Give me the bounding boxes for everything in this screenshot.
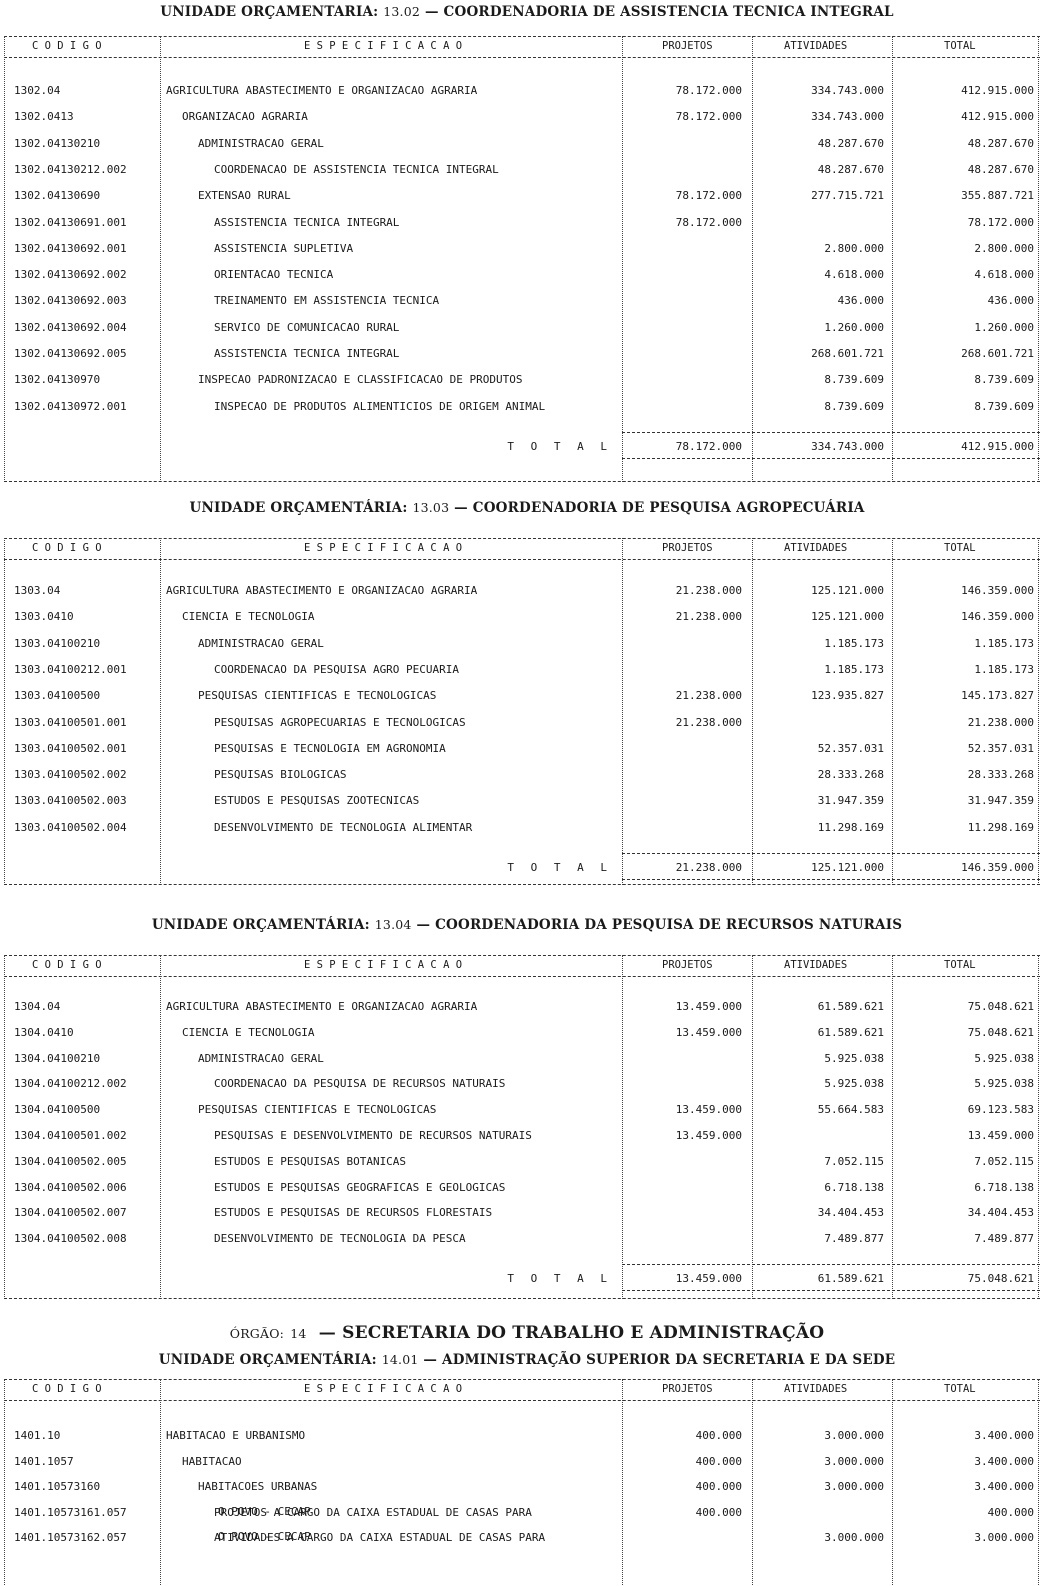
row-total: 52.357.031	[968, 742, 1034, 755]
table-row: 1302.04130692.005ASSISTENCIA TECNICA INT…	[4, 347, 1040, 361]
total-bottom-border	[622, 879, 1040, 880]
total-total: 146.359.000	[961, 861, 1034, 874]
column-divider	[622, 36, 623, 482]
unit-name: COORDENADORIA DE ASSISTENCIA TECNICA INT…	[444, 4, 894, 20]
unit-code: 13.02	[383, 4, 420, 19]
row-atividades: 268.601.721	[811, 347, 884, 360]
orgao-title: ÓRGÃO: 14 — SECRETARIA DO TRABALHO E ADM…	[0, 1323, 1054, 1343]
row-code: 1401.10573160	[14, 1480, 100, 1493]
header-codigo: C O D I G O	[32, 542, 102, 554]
row-total: 412.915.000	[961, 110, 1034, 123]
table-row: 1401.10573162.057ATIVIDADES A CARGO DA C…	[4, 1531, 1040, 1545]
budget-table-14-01: C O D I G OE S P E C I F I C A C A OPROJ…	[4, 1379, 1040, 1586]
table-row: 1303.04AGRICULTURA ABASTECIMENTO E ORGAN…	[4, 584, 1040, 598]
row-code: 1304.04100502.006	[14, 1181, 127, 1194]
row-total: 268.601.721	[961, 347, 1034, 360]
column-divider	[4, 36, 5, 482]
row-atividades: 3.000.000	[824, 1480, 884, 1493]
row-total: 5.925.038	[974, 1077, 1034, 1090]
row-total: 75.048.621	[968, 1026, 1034, 1039]
table-row: 1401.1057HABITACAO400.0003.000.0003.400.…	[4, 1455, 1040, 1469]
row-atividades: 8.739.609	[824, 373, 884, 386]
table-row: 1303.04100212.001COORDENACAO DA PESQUISA…	[4, 663, 1040, 677]
row-code: 1304.04100502.008	[14, 1232, 127, 1245]
row-atividades: 125.121.000	[811, 584, 884, 597]
budget-table-13-02: C O D I G OE S P E C I F I C A C A OPROJ…	[4, 36, 1040, 482]
row-total: 3.400.000	[974, 1480, 1034, 1493]
row-code: 1302.04	[14, 84, 60, 97]
total-total: 75.048.621	[968, 1272, 1034, 1285]
orgao-name: SECRETARIA DO TRABALHO E ADMINISTRAÇÃO	[342, 1323, 824, 1343]
table-row: 1304.04AGRICULTURA ABASTECIMENTO E ORGAN…	[4, 1000, 1040, 1014]
table-bottom-border	[4, 884, 1040, 885]
unit-code: 13.03	[412, 500, 449, 515]
row-atividades: 61.589.621	[818, 1000, 884, 1013]
row-projetos: 21.238.000	[676, 610, 742, 623]
header-atividades: ATIVIDADES	[784, 1383, 847, 1395]
row-code: 1303.04100501.001	[14, 716, 127, 729]
total-row: T O T A L78.172.000334.743.000412.915.00…	[4, 440, 1040, 454]
unit-label: UNIDADE ORÇAMENTÁRIA:	[189, 500, 407, 516]
total-bottom-border	[622, 458, 1040, 459]
row-total: 400.000	[988, 1506, 1034, 1519]
unit-label: UNIDADE ORÇAMENTÁRIA:	[159, 1352, 377, 1368]
row-atividades: 5.925.038	[824, 1077, 884, 1090]
row-code: 1304.04100212.002	[14, 1077, 127, 1090]
table-row: 1302.04130210ADMINISTRACAO GERAL48.287.6…	[4, 137, 1040, 151]
header-especificacao: E S P E C I F I C A C A O	[304, 542, 462, 554]
row-atividades: 11.298.169	[818, 821, 884, 834]
row-total: 146.359.000	[961, 610, 1034, 623]
table-row: 1302.04130690EXTENSAO RURAL78.172.000277…	[4, 189, 1040, 203]
section-title-13-03: UNIDADE ORÇAMENTÁRIA: 13.03 — COORDENADO…	[0, 500, 1054, 516]
unit-name: COORDENADORIA DE PESQUISA AGROPECUÁRIA	[473, 500, 865, 516]
row-atividades: 48.287.670	[818, 163, 884, 176]
row-code: 1401.1057	[14, 1455, 74, 1468]
table-row: 1302.04AGRICULTURA ABASTECIMENTO E ORGAN…	[4, 84, 1040, 98]
row-atividades: 125.121.000	[811, 610, 884, 623]
row-atividades: 1.260.000	[824, 321, 884, 334]
row-total: 11.298.169	[968, 821, 1034, 834]
total-projetos: 13.459.000	[676, 1272, 742, 1285]
header-codigo: C O D I G O	[32, 1383, 102, 1395]
total-top-border	[622, 853, 1040, 854]
total-label: T O T A L	[507, 440, 612, 453]
table-row: 1304.04100502.007ESTUDOS E PESQUISAS DE …	[4, 1206, 1040, 1220]
row-total: 1.185.173	[974, 663, 1034, 676]
unit-label: UNIDADE ORÇAMENTÁRIA:	[152, 917, 370, 933]
row-projetos: 400.000	[696, 1480, 742, 1493]
row-code: 1302.04130972.001	[14, 400, 127, 413]
unit-code: 14.01	[382, 1352, 419, 1367]
row-code: 1304.0410	[14, 1026, 74, 1039]
row-code: 1302.0413	[14, 110, 74, 123]
row-projetos: 78.172.000	[676, 84, 742, 97]
row-code: 1302.04130970	[14, 373, 100, 386]
row-spec-cont: O POVO - CECAP	[214, 1506, 311, 1517]
row-total: 355.887.721	[961, 189, 1034, 202]
table-row: 1304.04100212.002COORDENACAO DA PESQUISA…	[4, 1077, 1040, 1091]
row-spec-cont: O POVO - CECAP	[214, 1531, 311, 1542]
row-total: 75.048.621	[968, 1000, 1034, 1013]
header-atividades: ATIVIDADES	[784, 542, 847, 554]
row-atividades: 334.743.000	[811, 110, 884, 123]
row-code: 1304.04100501.002	[14, 1129, 127, 1142]
row-projetos: 400.000	[696, 1455, 742, 1468]
row-projetos: 13.459.000	[676, 1026, 742, 1039]
unit-code: 13.04	[375, 917, 412, 932]
row-total: 28.333.268	[968, 768, 1034, 781]
orgao-code: 14	[290, 1326, 306, 1341]
row-total: 8.739.609	[974, 373, 1034, 386]
row-projetos: 13.459.000	[676, 1103, 742, 1116]
header-especificacao: E S P E C I F I C A C A O	[304, 959, 462, 971]
table-row: 1303.04100502.003ESTUDOS E PESQUISAS ZOO…	[4, 794, 1040, 808]
row-code: 1303.04100502.002	[14, 768, 127, 781]
row-atividades: 31.947.359	[818, 794, 884, 807]
table-row: 1401.10573160HABITACOES URBANAS400.0003.…	[4, 1480, 1040, 1494]
column-divider	[160, 36, 161, 482]
total-total: 412.915.000	[961, 440, 1034, 453]
section-title-13-04: UNIDADE ORÇAMENTÁRIA: 13.04 — COORDENADO…	[0, 917, 1054, 933]
total-projetos: 21.238.000	[676, 861, 742, 874]
table-row: 1302.04130970INSPECAO PADRONIZACAO E CLA…	[4, 373, 1040, 387]
budget-table-13-04: C O D I G OE S P E C I F I C A C A OPROJ…	[4, 955, 1040, 1299]
column-divider	[1038, 36, 1039, 482]
row-atividades: 34.404.453	[818, 1206, 884, 1219]
row-code: 1304.04100210	[14, 1052, 100, 1065]
row-code: 1303.04100502.003	[14, 794, 127, 807]
table-bottom-border	[4, 1298, 1040, 1299]
section-title-14-01: UNIDADE ORÇAMENTÁRIA: 14.01 — ADMINISTRA…	[0, 1352, 1054, 1368]
section-title-13-02: UNIDADE ORÇAMENTARIA: 13.02 — COORDENADO…	[0, 4, 1054, 20]
row-total: 6.718.138	[974, 1181, 1034, 1194]
row-atividades: 3.000.000	[824, 1455, 884, 1468]
row-projetos: 400.000	[696, 1506, 742, 1519]
row-total: 145.173.827	[961, 689, 1034, 702]
row-total: 34.404.453	[968, 1206, 1034, 1219]
table-row: 1303.04100502.001PESQUISAS E TECNOLOGIA …	[4, 742, 1040, 756]
row-code: 1304.04100502.005	[14, 1155, 127, 1168]
row-code: 1303.04100502.001	[14, 742, 127, 755]
row-projetos: 21.238.000	[676, 689, 742, 702]
table-row: 1304.04100502.005ESTUDOS E PESQUISAS BOT…	[4, 1155, 1040, 1169]
header-projetos: PROJETOS	[662, 1383, 713, 1395]
row-atividades: 123.935.827	[811, 689, 884, 702]
row-code: 1302.04130692.003	[14, 294, 127, 307]
row-projetos: 21.238.000	[676, 584, 742, 597]
table-row: 1304.04100502.008DESENVOLVIMENTO DE TECN…	[4, 1232, 1040, 1246]
total-top-border	[622, 1264, 1040, 1265]
row-total: 2.800.000	[974, 242, 1034, 255]
row-atividades: 7.052.115	[824, 1155, 884, 1168]
row-code: 1303.04100502.004	[14, 821, 127, 834]
row-total: 1.185.173	[974, 637, 1034, 650]
row-code: 1302.04130692.002	[14, 268, 127, 281]
total-label: T O T A L	[507, 1272, 612, 1285]
row-atividades: 8.739.609	[824, 400, 884, 413]
row-projetos: 400.000	[696, 1429, 742, 1442]
row-code: 1302.04130210	[14, 137, 100, 150]
row-projetos: 13.459.000	[676, 1000, 742, 1013]
table-row: 1401.10HABITACAO E URBANISMO400.0003.000…	[4, 1429, 1040, 1443]
row-total: 13.459.000	[968, 1129, 1034, 1142]
total-bottom-border	[622, 1290, 1040, 1291]
row-atividades: 55.664.583	[818, 1103, 884, 1116]
table-row: 1302.04130691.001ASSISTENCIA TECNICA INT…	[4, 216, 1040, 230]
row-code: 1303.04	[14, 584, 60, 597]
row-total: 1.260.000	[974, 321, 1034, 334]
row-total: 48.287.670	[968, 137, 1034, 150]
row-atividades: 5.925.038	[824, 1052, 884, 1065]
row-code: 1303.04100500	[14, 689, 100, 702]
row-code: 1303.0410	[14, 610, 74, 623]
row-total: 3.400.000	[974, 1455, 1034, 1468]
row-code: 1401.10	[14, 1429, 60, 1442]
row-code: 1401.10573161.057	[14, 1506, 127, 1519]
row-total: 7.489.877	[974, 1232, 1034, 1245]
row-atividades: 7.489.877	[824, 1232, 884, 1245]
table-row: 1302.04130212.002COORDENACAO DE ASSISTEN…	[4, 163, 1040, 177]
table-row: 1303.04100500PESQUISAS CIENTIFICAS E TEC…	[4, 689, 1040, 703]
header-total: TOTAL	[944, 40, 976, 52]
header-projetos: PROJETOS	[662, 40, 713, 52]
table-row: 1304.04100500PESQUISAS CIENTIFICAS E TEC…	[4, 1103, 1040, 1117]
table-row: 1302.04130972.001INSPECAO DE PRODUTOS AL…	[4, 400, 1040, 414]
header-projetos: PROJETOS	[662, 959, 713, 971]
header-atividades: ATIVIDADES	[784, 40, 847, 52]
column-divider	[752, 36, 753, 482]
table-row: 1302.04130692.003TREINAMENTO EM ASSISTEN…	[4, 294, 1040, 308]
row-atividades: 28.333.268	[818, 768, 884, 781]
total-projetos: 78.172.000	[676, 440, 742, 453]
row-total: 4.618.000	[974, 268, 1034, 281]
total-label: T O T A L	[507, 861, 612, 874]
header-total: TOTAL	[944, 1383, 976, 1395]
row-code: 1302.04130691.001	[14, 216, 127, 229]
table-row: 1304.04100501.002PESQUISAS E DESENVOLVIM…	[4, 1129, 1040, 1143]
table-row: 1401.10573161.057PROJETOS A CARGO DA CAI…	[4, 1506, 1040, 1520]
row-atividades: 436.000	[838, 294, 884, 307]
row-atividades: 277.715.721	[811, 189, 884, 202]
unit-label: UNIDADE ORÇAMENTARIA:	[160, 4, 378, 20]
row-total: 412.915.000	[961, 84, 1034, 97]
table-row: 1303.04100502.002PESQUISAS BIOLOGICAS28.…	[4, 768, 1040, 782]
header-projetos: PROJETOS	[662, 542, 713, 554]
table-row: 1303.04100502.004DESENVOLVIMENTO DE TECN…	[4, 821, 1040, 835]
table-row: 1302.04130692.004SERVICO DE COMUNICACAO …	[4, 321, 1040, 335]
header-codigo: C O D I G O	[32, 40, 102, 52]
row-total: 69.123.583	[968, 1103, 1034, 1116]
row-atividades: 48.287.670	[818, 137, 884, 150]
row-atividades: 3.000.000	[824, 1429, 884, 1442]
budget-table-13-03: C O D I G OE S P E C I F I C A C A OPROJ…	[4, 538, 1040, 885]
total-atividades: 61.589.621	[818, 1272, 884, 1285]
row-total: 7.052.115	[974, 1155, 1034, 1168]
table-row: 1302.04130692.001ASSISTENCIA SUPLETIVA2.…	[4, 242, 1040, 256]
unit-name: COORDENADORIA DA PESQUISA DE RECURSOS NA…	[435, 917, 902, 933]
row-projetos: 78.172.000	[676, 216, 742, 229]
row-atividades: 1.185.173	[824, 663, 884, 676]
row-code: 1304.04	[14, 1000, 60, 1013]
row-atividades: 334.743.000	[811, 84, 884, 97]
table-row: 1303.04100210ADMINISTRACAO GERAL1.185.17…	[4, 637, 1040, 651]
row-code: 1302.04130692.001	[14, 242, 127, 255]
unit-name: ADMINISTRAÇÃO SUPERIOR DA SECRETARIA E D…	[442, 1352, 895, 1368]
row-code: 1302.04130690	[14, 189, 100, 202]
row-code: 1304.04100500	[14, 1103, 100, 1116]
row-code: 1302.04130212.002	[14, 163, 127, 176]
row-atividades: 52.357.031	[818, 742, 884, 755]
row-total: 78.172.000	[968, 216, 1034, 229]
total-top-border	[622, 432, 1040, 433]
table-bottom-border	[4, 481, 1040, 482]
row-atividades: 61.589.621	[818, 1026, 884, 1039]
total-atividades: 125.121.000	[811, 861, 884, 874]
row-total: 8.739.609	[974, 400, 1034, 413]
row-total: 5.925.038	[974, 1052, 1034, 1065]
row-total: 146.359.000	[961, 584, 1034, 597]
table-row: 1303.0410CIENCIA E TECNOLOGIA21.238.0001…	[4, 610, 1040, 624]
row-code: 1302.04130692.004	[14, 321, 127, 334]
header-especificacao: E S P E C I F I C A C A O	[304, 40, 462, 52]
row-total: 436.000	[988, 294, 1034, 307]
row-total: 3.000.000	[974, 1531, 1034, 1544]
row-atividades: 4.618.000	[824, 268, 884, 281]
row-code: 1304.04100502.007	[14, 1206, 127, 1219]
row-total: 31.947.359	[968, 794, 1034, 807]
row-projetos: 13.459.000	[676, 1129, 742, 1142]
row-total: 3.400.000	[974, 1429, 1034, 1442]
row-atividades: 2.800.000	[824, 242, 884, 255]
header-total: TOTAL	[944, 542, 976, 554]
table-row: 1304.0410CIENCIA E TECNOLOGIA13.459.0006…	[4, 1026, 1040, 1040]
row-projetos: 78.172.000	[676, 110, 742, 123]
header-total: TOTAL	[944, 959, 976, 971]
table-row: 1303.04100501.001PESQUISAS AGROPECUARIAS…	[4, 716, 1040, 730]
table-row: 1304.04100210ADMINISTRACAO GERAL5.925.03…	[4, 1052, 1040, 1066]
table-row: 1302.04130692.002ORIENTACAO TECNICA4.618…	[4, 268, 1040, 282]
orgao-label: ÓRGÃO:	[230, 1326, 284, 1341]
row-code: 1303.04100210	[14, 637, 100, 650]
row-atividades: 6.718.138	[824, 1181, 884, 1194]
header-atividades: ATIVIDADES	[784, 959, 847, 971]
total-atividades: 334.743.000	[811, 440, 884, 453]
column-divider	[892, 36, 893, 482]
row-atividades: 1.185.173	[824, 637, 884, 650]
row-code: 1303.04100212.001	[14, 663, 127, 676]
table-row: 1302.0413ORGANIZACAO AGRARIA78.172.00033…	[4, 110, 1040, 124]
row-atividades: 3.000.000	[824, 1531, 884, 1544]
row-total: 21.238.000	[968, 716, 1034, 729]
row-code: 1302.04130692.005	[14, 347, 127, 360]
row-code: 1401.10573162.057	[14, 1531, 127, 1544]
header-especificacao: E S P E C I F I C A C A O	[304, 1383, 462, 1395]
total-row: T O T A L13.459.00061.589.62175.048.621	[4, 1272, 1040, 1286]
row-total: 48.287.670	[968, 163, 1034, 176]
header-codigo: C O D I G O	[32, 959, 102, 971]
row-projetos: 78.172.000	[676, 189, 742, 202]
row-projetos: 21.238.000	[676, 716, 742, 729]
total-row: T O T A L21.238.000125.121.000146.359.00…	[4, 861, 1040, 875]
table-row: 1304.04100502.006ESTUDOS E PESQUISAS GEO…	[4, 1181, 1040, 1195]
